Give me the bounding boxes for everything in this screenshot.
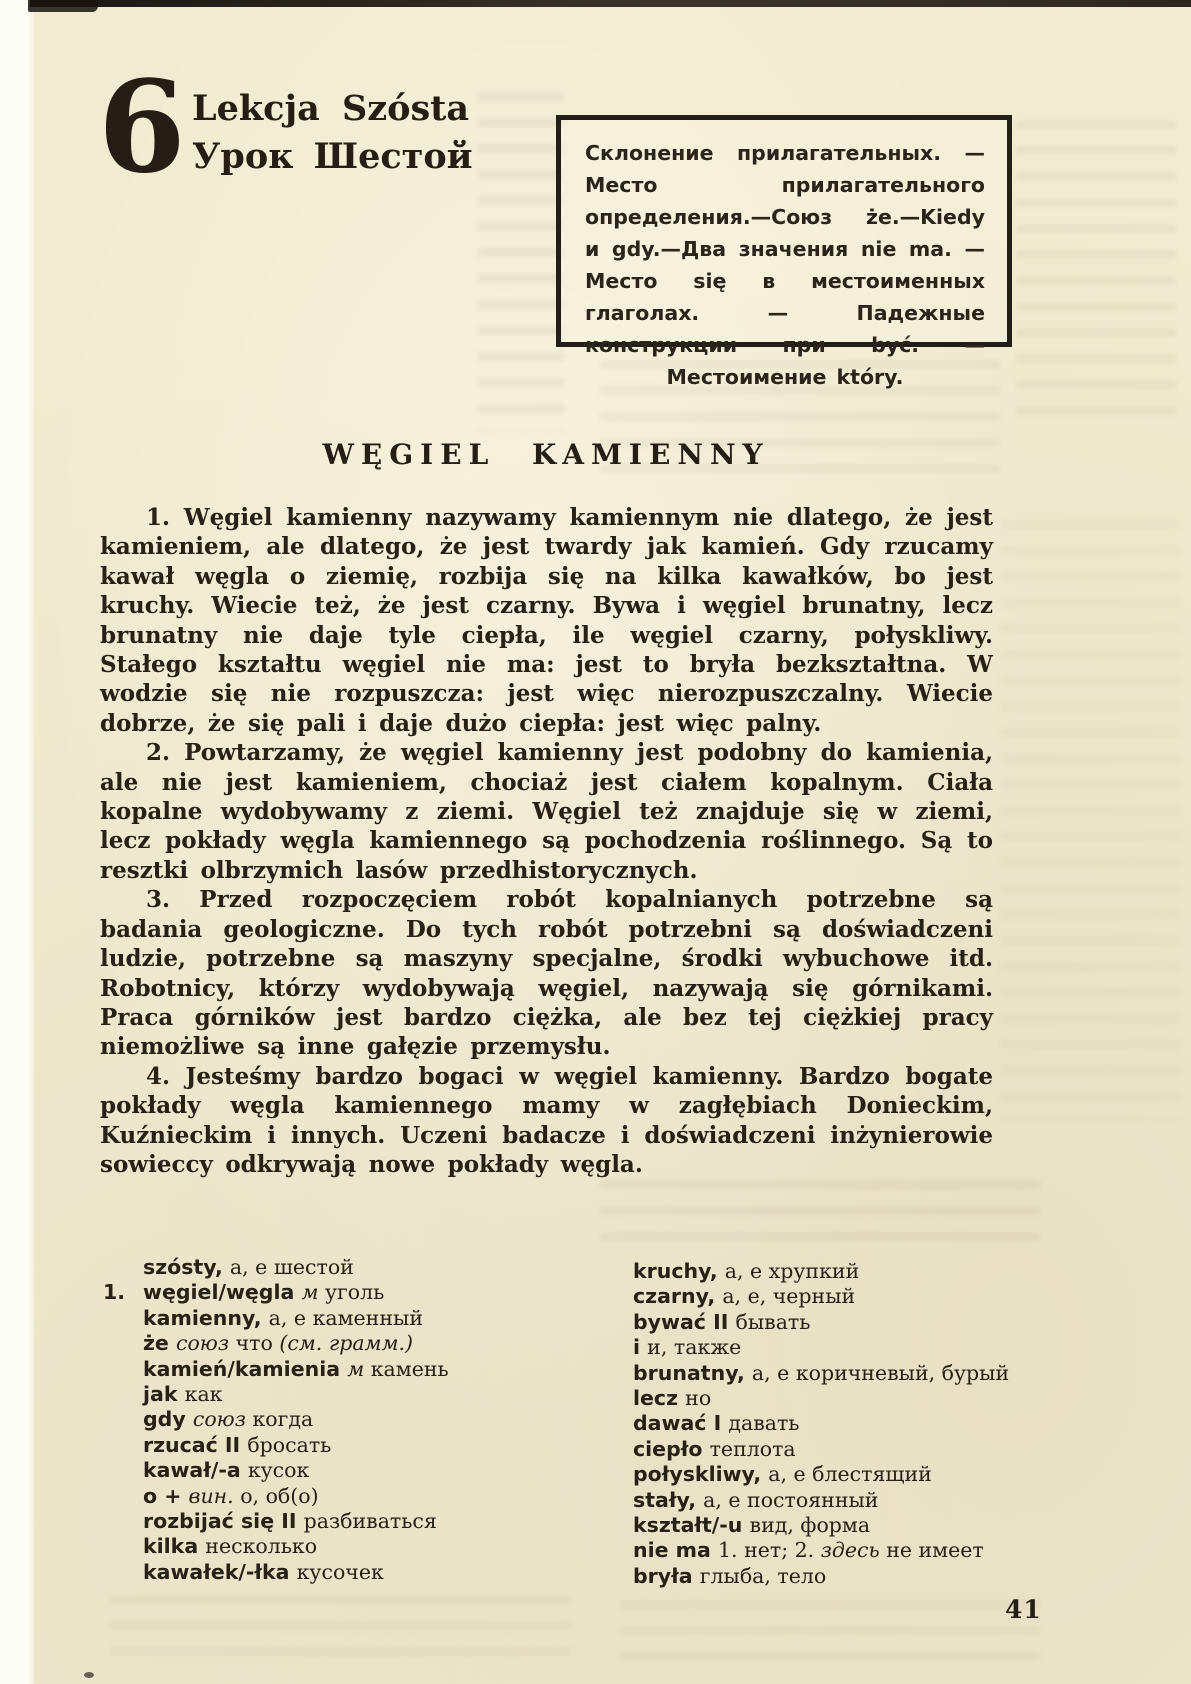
vocab-translation: и, также <box>647 1335 741 1359</box>
vocab-headword: kilka <box>143 1534 205 1558</box>
vocab-translation: глыба, тело <box>700 1564 827 1588</box>
vocab-headword: jak <box>143 1382 185 1406</box>
reading-paragraph: 1. Węgiel kamienny nazywamy kamiennym ni… <box>100 503 993 738</box>
vocab-entry: kształt/-u вид, форма <box>633 1513 1023 1538</box>
vocab-headword: kamień/kamienia <box>143 1357 347 1381</box>
vocab-grammar-label: вин. <box>189 1484 241 1508</box>
vocab-headword: że <box>143 1331 176 1355</box>
vocab-entry: brunatny, a, e коричневый, бурый <box>633 1361 1023 1386</box>
vocab-translation: кусок <box>248 1458 310 1482</box>
vocab-grammar-label: союз <box>176 1331 236 1355</box>
vocab-entry: dawać I давать <box>633 1411 1023 1436</box>
vocab-translation: несколько <box>205 1534 317 1558</box>
bleedthrough-artifact <box>1016 120 1176 420</box>
bleedthrough-artifact <box>478 92 564 432</box>
vocab-headword: brunatny, <box>633 1361 752 1385</box>
bleedthrough-artifact <box>110 1595 570 1665</box>
vocab-entry: bryła глыба, тело <box>633 1564 1023 1589</box>
grammar-topics-text: Склонение прилагательных. — Место прилаг… <box>585 137 985 393</box>
vocab-entry: lecz но <box>633 1386 1023 1411</box>
vocab-headword: szósty, <box>143 1255 230 1279</box>
reading-title: WĘGIEL KAMIENNY <box>100 438 992 471</box>
vocab-headword: połyskliwy, <box>633 1462 768 1486</box>
vocab-headword: kawał/-a <box>143 1458 248 1482</box>
vocab-translation: что <box>236 1331 280 1355</box>
vocab-headword: kamienny, <box>143 1306 269 1330</box>
vocab-headword: rzucać II <box>143 1433 247 1457</box>
vocab-translation: a, e, <box>722 1284 772 1308</box>
vocab-entry: o + вин. о, об(о) <box>143 1484 573 1509</box>
vocab-translation: a, e <box>269 1306 313 1330</box>
vocab-grammar-label: союз <box>193 1407 253 1431</box>
vocab-translation: о, об(о) <box>240 1484 318 1508</box>
vocab-headword: rozbijać się II <box>143 1509 304 1533</box>
vocab-entry: kamień/kamienia м камень <box>143 1357 573 1382</box>
vocab-translation: 1. нет; 2. <box>718 1538 821 1562</box>
vocab-translation: черный <box>773 1284 855 1308</box>
vocab-translation: теплота <box>710 1437 796 1461</box>
reading-paragraphs: 1. Węgiel kamienny nazywamy kamiennym ni… <box>100 503 993 1179</box>
vocab-translation: камень <box>371 1357 449 1381</box>
reading-paragraph: 3. Przed rozpoczęciem robót kopalnianych… <box>100 885 993 1061</box>
vocab-headword: kawałek/-łka <box>143 1560 297 1584</box>
vocab-entry: kilka несколько <box>143 1534 573 1559</box>
vocab-translation: не имеет <box>886 1538 984 1562</box>
vocab-translation: a, e <box>703 1488 747 1512</box>
vocab-entry: jak как <box>143 1382 573 1407</box>
vocab-translation: a, e <box>768 1462 812 1486</box>
vocab-grammar-label: м <box>347 1357 371 1381</box>
vocab-entry: szósty, a, e шестой <box>143 1255 573 1280</box>
vocab-entry: nie ma 1. нет; 2. здесь не имеет <box>633 1538 1023 1563</box>
vocab-headword: gdy <box>143 1407 193 1431</box>
vocab-entry: rozbijać się II разбиваться <box>143 1509 573 1534</box>
scan-top-edge <box>30 0 1191 7</box>
vocab-entry: kawał/-a кусок <box>143 1458 573 1483</box>
vocab-translation: бросать <box>247 1433 331 1457</box>
lesson-number: 6 <box>98 64 184 190</box>
vocab-entry: kruchy, a, e хрупкий <box>633 1259 1023 1284</box>
lesson-title-polish: Lekcja Szósta <box>192 88 469 129</box>
vocab-translation: a, e <box>230 1255 274 1279</box>
vocab-headword: kształt/-u <box>633 1513 750 1537</box>
vocab-headword: bywać II <box>633 1310 736 1334</box>
vocab-headword: bryła <box>633 1564 700 1588</box>
vocab-grammar-label: м <box>301 1280 325 1304</box>
vocab-entry-number: 1. <box>103 1280 125 1305</box>
reading-paragraph: 2. Powtarzamy, że węgiel kamienny jest p… <box>100 738 993 885</box>
vocab-entry: rzucać II бросать <box>143 1433 573 1458</box>
vocab-translation: коричневый, бурый <box>796 1361 1009 1385</box>
vocab-entry: i и, также <box>633 1335 1023 1360</box>
bleedthrough-artifact <box>620 1600 1040 1660</box>
vocab-grammar-label: (см. грамм.) <box>279 1331 413 1355</box>
scan-corner-blot <box>28 0 98 12</box>
vocab-headword: lecz <box>633 1386 685 1410</box>
vocabulary-right-column: kruchy, a, e хрупкийczarny, a, e, черный… <box>633 1259 1023 1589</box>
vocab-headword: ciepło <box>633 1437 710 1461</box>
vocab-translation: постоянный <box>747 1488 878 1512</box>
reading-paragraph: 4. Jesteśmy bardzo bogaci w węgiel kamie… <box>100 1062 993 1180</box>
vocab-headword: stały, <box>633 1488 703 1512</box>
scan-left-edge <box>0 0 34 1684</box>
vocab-entry: kamienny, a, e каменный <box>143 1306 573 1331</box>
ink-speck <box>84 1672 94 1678</box>
vocab-translation: хрупкий <box>769 1259 860 1283</box>
vocab-translation: вид, форма <box>750 1513 871 1537</box>
vocab-entry: połyskliwy, a, e блестящий <box>633 1462 1023 1487</box>
vocab-translation: блестящий <box>812 1462 932 1486</box>
bleedthrough-artifact <box>1000 520 1180 1120</box>
vocab-translation: как <box>185 1382 223 1406</box>
vocab-headword: kruchy, <box>633 1259 725 1283</box>
scanned-book-page: 6 Lekcja Szósta Урок Шестой Склонение пр… <box>0 0 1191 1684</box>
vocab-headword: dawać I <box>633 1411 728 1435</box>
vocab-translation: разбиваться <box>304 1509 437 1533</box>
vocabulary-left-column: szósty, a, e шестой1.węgiel/węgla м угол… <box>143 1255 573 1585</box>
vocab-translation: давать <box>728 1411 799 1435</box>
vocab-entry: że союз что (см. грамм.) <box>143 1331 573 1356</box>
vocab-entry: stały, a, e постоянный <box>633 1488 1023 1513</box>
vocab-headword: o + <box>143 1484 189 1508</box>
vocab-entry: 1.węgiel/węgla м уголь <box>143 1280 573 1305</box>
lesson-title-russian: Урок Шестой <box>192 136 473 177</box>
vocab-translation: a, e <box>752 1361 796 1385</box>
vocab-translation: шестой <box>274 1255 354 1279</box>
vocab-entry: ciepło теплота <box>633 1437 1023 1462</box>
vocab-translation: каменный <box>313 1306 423 1330</box>
vocab-headword: i <box>633 1335 647 1359</box>
vocab-translation: бывать <box>736 1310 811 1334</box>
vocab-grammar-label: здесь <box>821 1538 886 1562</box>
vocab-translation: уголь <box>325 1280 384 1304</box>
vocab-headword: węgiel/węgla <box>143 1280 301 1304</box>
vocab-translation: но <box>685 1386 711 1410</box>
vocab-entry: kawałek/-łka кусочек <box>143 1560 573 1585</box>
vocab-entry: gdy союз когда <box>143 1407 573 1432</box>
vocab-headword: nie ma <box>633 1538 718 1562</box>
vocab-entry: czarny, a, e, черный <box>633 1284 1023 1309</box>
bleedthrough-artifact <box>600 1180 1040 1250</box>
page-number: 41 <box>1005 1595 1042 1624</box>
vocab-entry: bywać II бывать <box>633 1310 1023 1335</box>
vocab-headword: czarny, <box>633 1284 722 1308</box>
vocab-translation: кусочек <box>297 1560 384 1584</box>
vocab-translation: a, e <box>725 1259 769 1283</box>
vocab-translation: когда <box>252 1407 313 1431</box>
grammar-topics-box: Склонение прилагательных. — Место прилаг… <box>556 115 1012 347</box>
